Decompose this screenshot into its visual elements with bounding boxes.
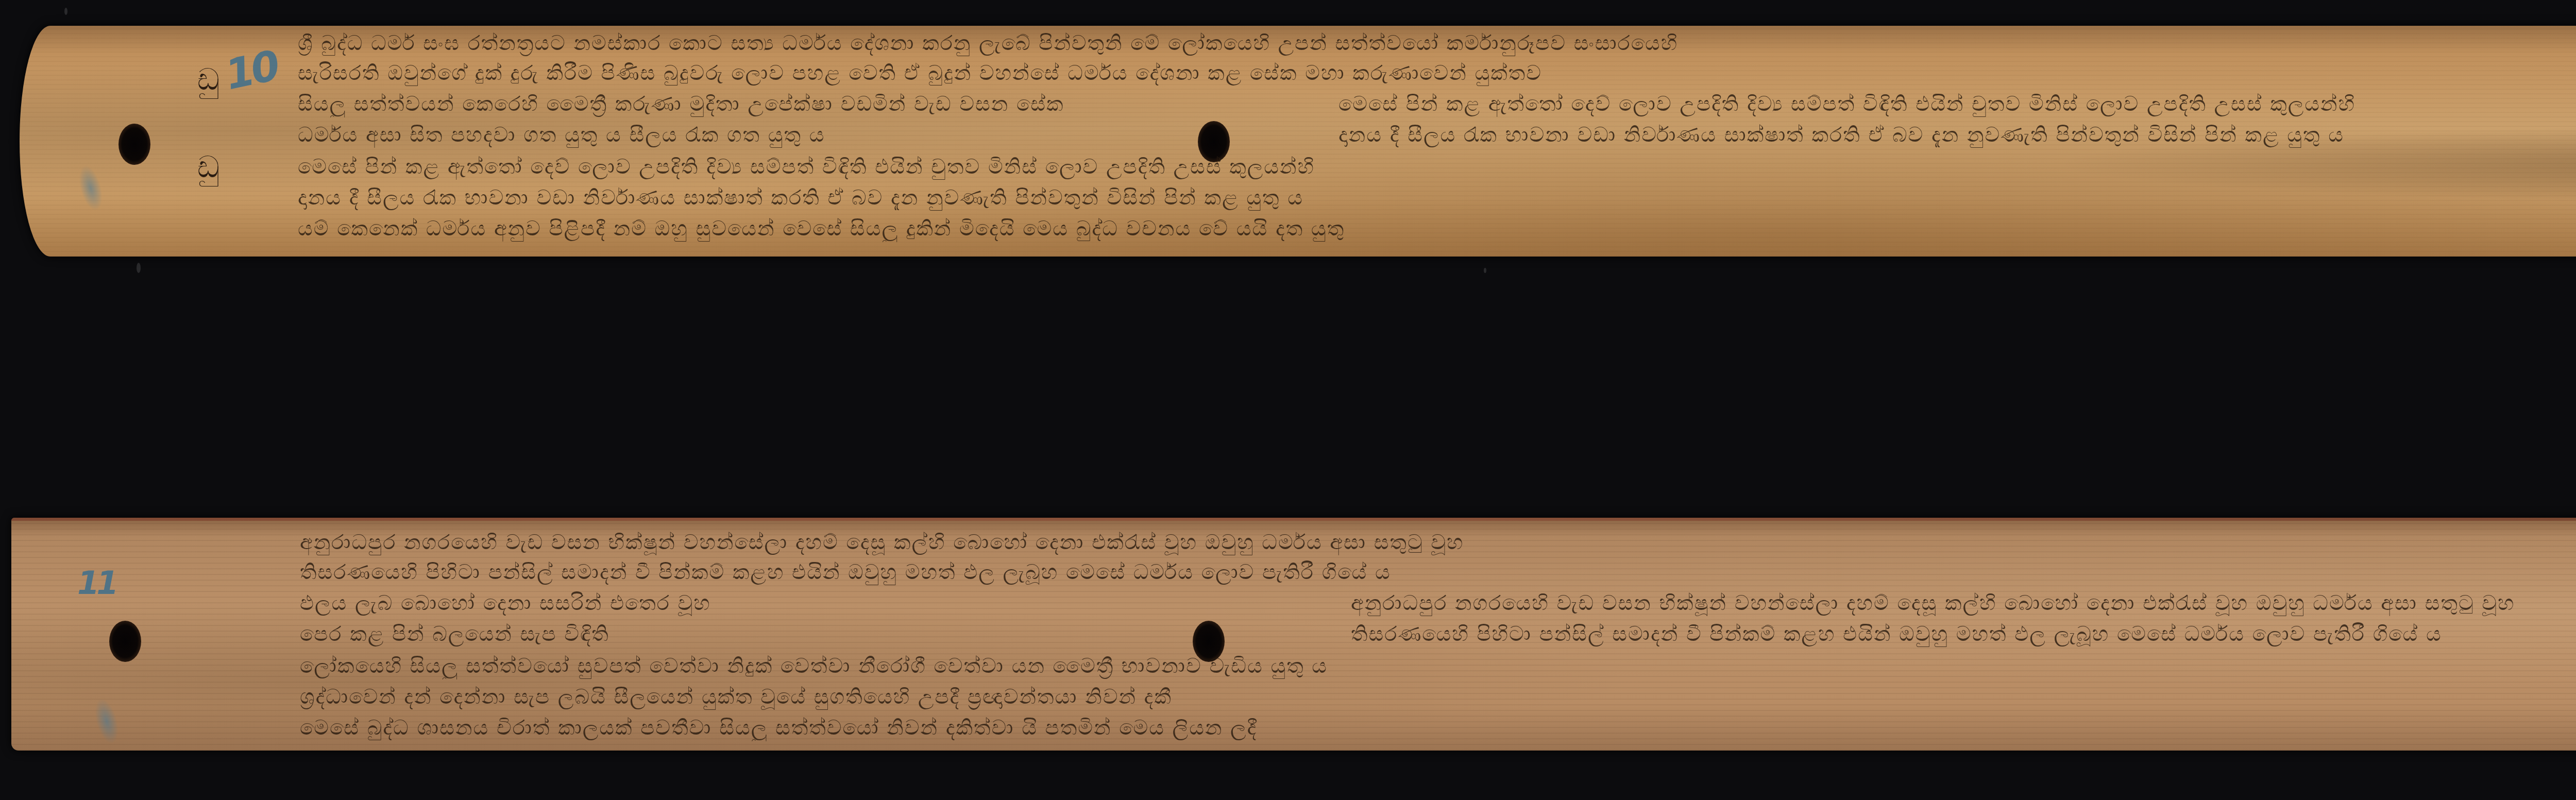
text-line-3: සියලු සත්ත්වයන් කෙරෙහි මෛත්‍රී කරුණා මුද… bbox=[298, 91, 1132, 117]
binding-hole-left bbox=[118, 124, 150, 165]
text-line-3-cont: අනුරාධපුර නගරයෙහි වැඩ වසන භික්ෂූන් වහන්ස… bbox=[1351, 590, 2576, 617]
text-line-7: යම් කෙනෙක් ධර්මය අනුව පිළිපදී නම් ඔහු සු… bbox=[298, 215, 2576, 242]
background-speck bbox=[64, 8, 67, 15]
manuscript-text-right-of-hole: අනුරාධපුර නගරයෙහි වැඩ වසන භික්ෂූන් වහන්ස… bbox=[1351, 590, 2576, 652]
text-line-4: පෙර කළ පින් බලයෙන් සැප විඳිති bbox=[300, 621, 1114, 648]
palm-leaf-folio-11: 11 11 අනුරාධපුර නගරයෙහි වැඩ වසන භික්ෂූන්… bbox=[11, 518, 2576, 751]
binding-hole-left bbox=[109, 621, 141, 662]
text-line-2: සැරිසරති ඔවුන්ගේ දුක් දුරු කිරීම පිණිස බ… bbox=[298, 60, 2576, 87]
text-line-4: ධර්මය අසා සිත පහදවා ගත යුතු ය සීලය රැක ග… bbox=[298, 122, 1132, 148]
text-line-1: අනුරාධපුර නගරයෙහි වැඩ වසන භික්ෂූන් වහන්ස… bbox=[300, 529, 2576, 556]
palm-leaf-folio-10: 10 10 ඩු ඩු ශ්‍රී බුද්ධ ධර්ම සංඝ රත්නත්‍… bbox=[20, 26, 2576, 257]
margin-folio-letter: ඩු bbox=[197, 152, 219, 182]
manuscript-text-right-of-hole: මෙසේ පින් කළ ඇත්තෝ දෙව් ලොව උපදිති දිව්‍… bbox=[1338, 91, 2576, 152]
pencil-smudge bbox=[75, 163, 107, 213]
folio-number-left: 10 bbox=[221, 42, 281, 99]
background-speck bbox=[137, 263, 141, 273]
text-line-6: ශ්‍රද්ධාවෙන් දන් දෙන්නා සැප ලබයි සීලයෙන්… bbox=[300, 684, 2576, 710]
text-line-1: ශ්‍රී බුද්ධ ධර්ම සංඝ රත්නත්‍රයට නමස්කාර … bbox=[298, 30, 2576, 57]
text-line-5: ලෝකයෙහි සියලු සත්ත්වයෝ සුවපත් වෙත්වා නිද… bbox=[300, 653, 2576, 679]
text-line-4-cont: දානය දී සීලය රැක භාවනා වඩා නිර්වාණය සාක්… bbox=[1338, 122, 2576, 148]
pencil-smudge bbox=[91, 696, 123, 746]
margin-folio-letter: ඩු bbox=[197, 64, 219, 94]
text-line-2: තිසරණයෙහි පිහිටා පන්සිල් සමාදන් වී පින්ක… bbox=[300, 559, 2576, 586]
text-line-3-cont: මෙසේ පින් කළ ඇත්තෝ දෙව් ලොව උපදිති දිව්‍… bbox=[1338, 91, 2576, 117]
background-speck bbox=[1484, 268, 1486, 273]
text-line-6: දානය දී සීලය රැක භාවනා වඩා නිර්වාණය සාක්… bbox=[298, 184, 2576, 211]
text-line-3: ඵලය ලැබ බොහෝ දෙනා සසරින් එතෙර වූහ bbox=[300, 590, 1114, 617]
text-line-4-cont: තිසරණයෙහි පිහිටා පන්සිල් සමාදන් වී පින්ක… bbox=[1351, 621, 2576, 648]
folio-number-left: 11 bbox=[77, 564, 115, 602]
text-line-7: මෙසේ බුද්ධ ශාසනය චිරාත් කාලයක් පවතීවා සි… bbox=[300, 714, 2576, 741]
text-line-5: මෙසේ පින් කළ ඇත්තෝ දෙව් ලොව උපදිති දිව්‍… bbox=[298, 154, 2576, 180]
